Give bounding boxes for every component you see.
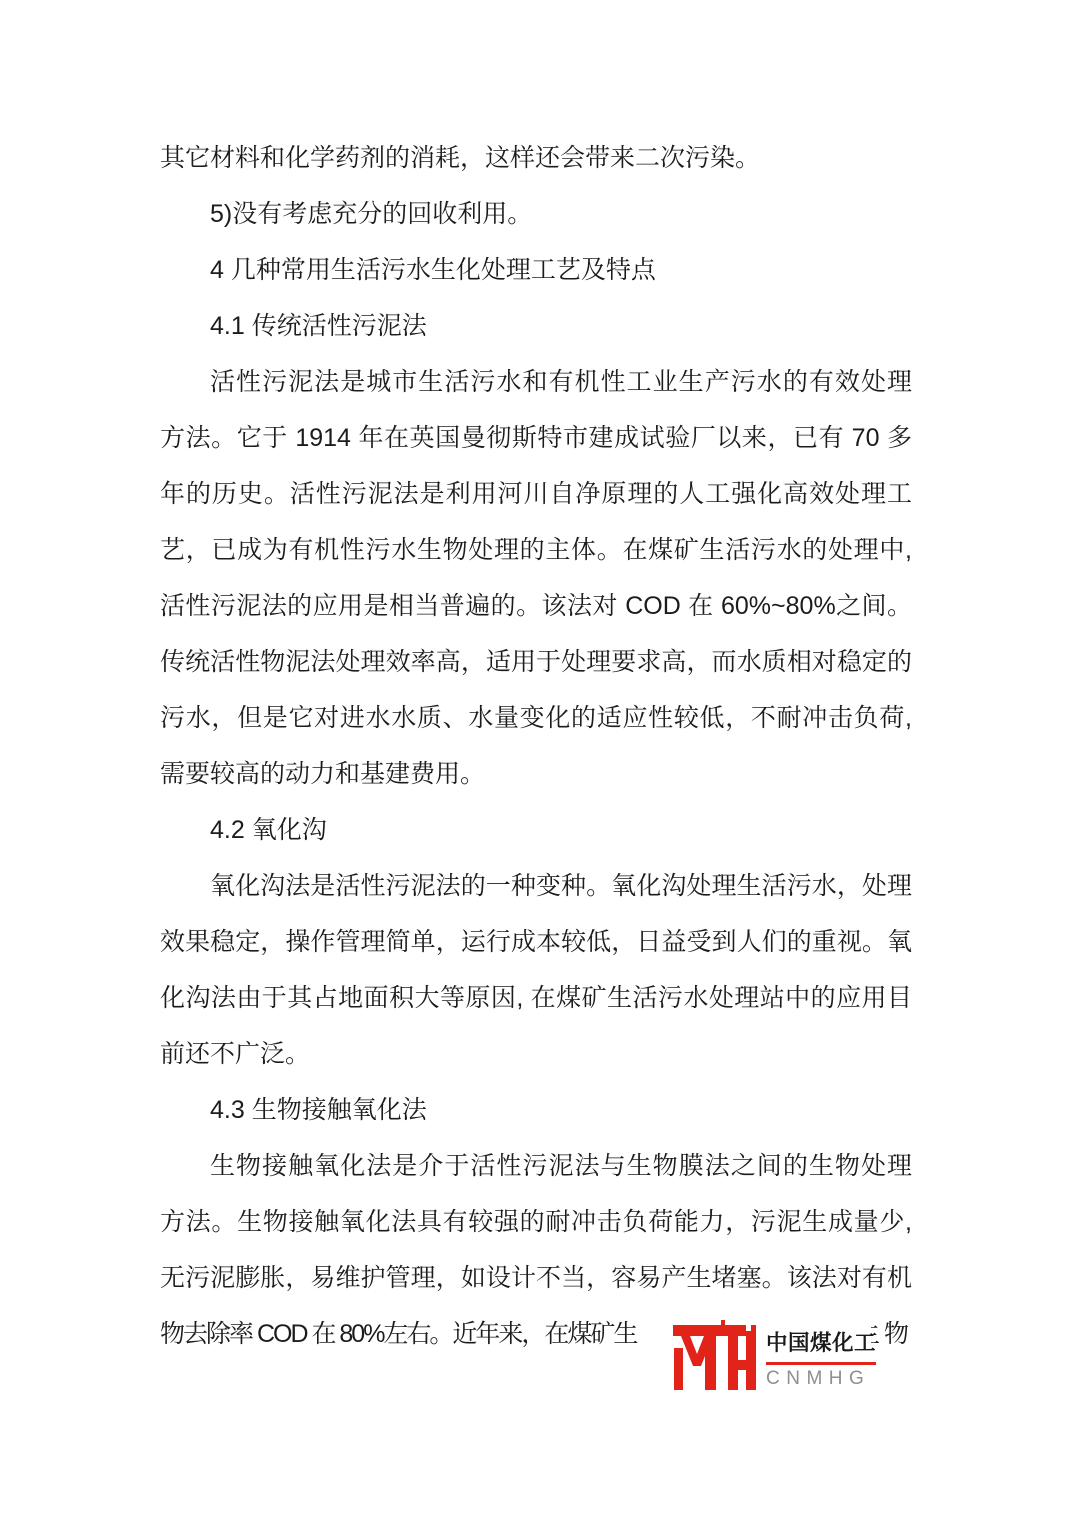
cnmhg-logo-icon — [666, 1318, 758, 1394]
text-line: 活性污泥法的应用是相当普遍的。该法对 COD 在 60%~80%之间。 — [160, 578, 912, 634]
text-line: 污水，但是它对进水水质、水量变化的适应性较低，不耐冲击负荷, — [160, 690, 912, 746]
text-line: 4 几种常用生活污水生化处理工艺及特点 — [160, 242, 912, 298]
text-line: 年的历史。活性污泥法是利用河川自净原理的人工强化高效处理工 — [160, 466, 912, 522]
text-line: 5)没有考虑充分的回收利用。 — [160, 186, 912, 242]
watermark-latin-abbr: CNMHG — [766, 1368, 870, 1390]
text-line: 无污泥膨胀，易维护管理，如设计不当，容易产生堵塞。该法对有机 — [160, 1250, 912, 1306]
text-line: 氧化沟法是活性污泥法的一种变种。氧化沟处理生活污水，处理 — [160, 858, 912, 914]
text-line: 前还不广泛。 — [160, 1026, 912, 1082]
text-line: 需要较高的动力和基建费用。 — [160, 746, 912, 802]
text-line: 4.3 生物接触氧化法 — [160, 1082, 912, 1138]
text-line: 艺，已成为有机性污水生物处理的主体。在煤矿生活污水的处理中, — [160, 522, 912, 578]
watermark-company-name: 中国煤化工 — [766, 1330, 876, 1356]
text-line: 4.2 氧化沟 — [160, 802, 912, 858]
watermark-underline — [766, 1362, 876, 1365]
text-line: 传统活性物泥法处理效率高，适用于处理要求高，而水质相对稳定的 — [160, 634, 912, 690]
text-line: 方法。它于 1914 年在英国曼彻斯特市建成试验厂以来，已有 70 多 — [160, 410, 912, 466]
text-line: 4.1 传统活性污泥法 — [160, 298, 912, 354]
text-line: 生物接触氧化法是介于活性污泥法与生物膜法之间的生物处理 — [160, 1138, 912, 1194]
text-line: 活性污泥法是城市生活污水和有机性工业生产污水的有效处理 — [160, 354, 912, 410]
text-line: 化沟法由于其占地面积大等原因, 在煤矿生活污水处理站中的应用目 — [160, 970, 912, 1026]
text-line: 方法。生物接触氧化法具有较强的耐冲击负荷能力，污泥生成量少, — [160, 1194, 912, 1250]
document-text: 其它材料和化学药剂的消耗，这样还会带来二次污染。5)没有考虑充分的回收利用。4 … — [160, 130, 912, 1362]
text-line: 其它材料和化学药剂的消耗，这样还会带来二次污染。 — [160, 130, 912, 186]
document-page: 其它材料和化学药剂的消耗，这样还会带来二次污染。5)没有考虑充分的回收利用。4 … — [0, 0, 1072, 1516]
cnmhg-watermark: 中国煤化工 CNMHG — [646, 1316, 926, 1400]
text-line: 效果稳定，操作管理简单，运行成本较低，日益受到人们的重视。氧 — [160, 914, 912, 970]
